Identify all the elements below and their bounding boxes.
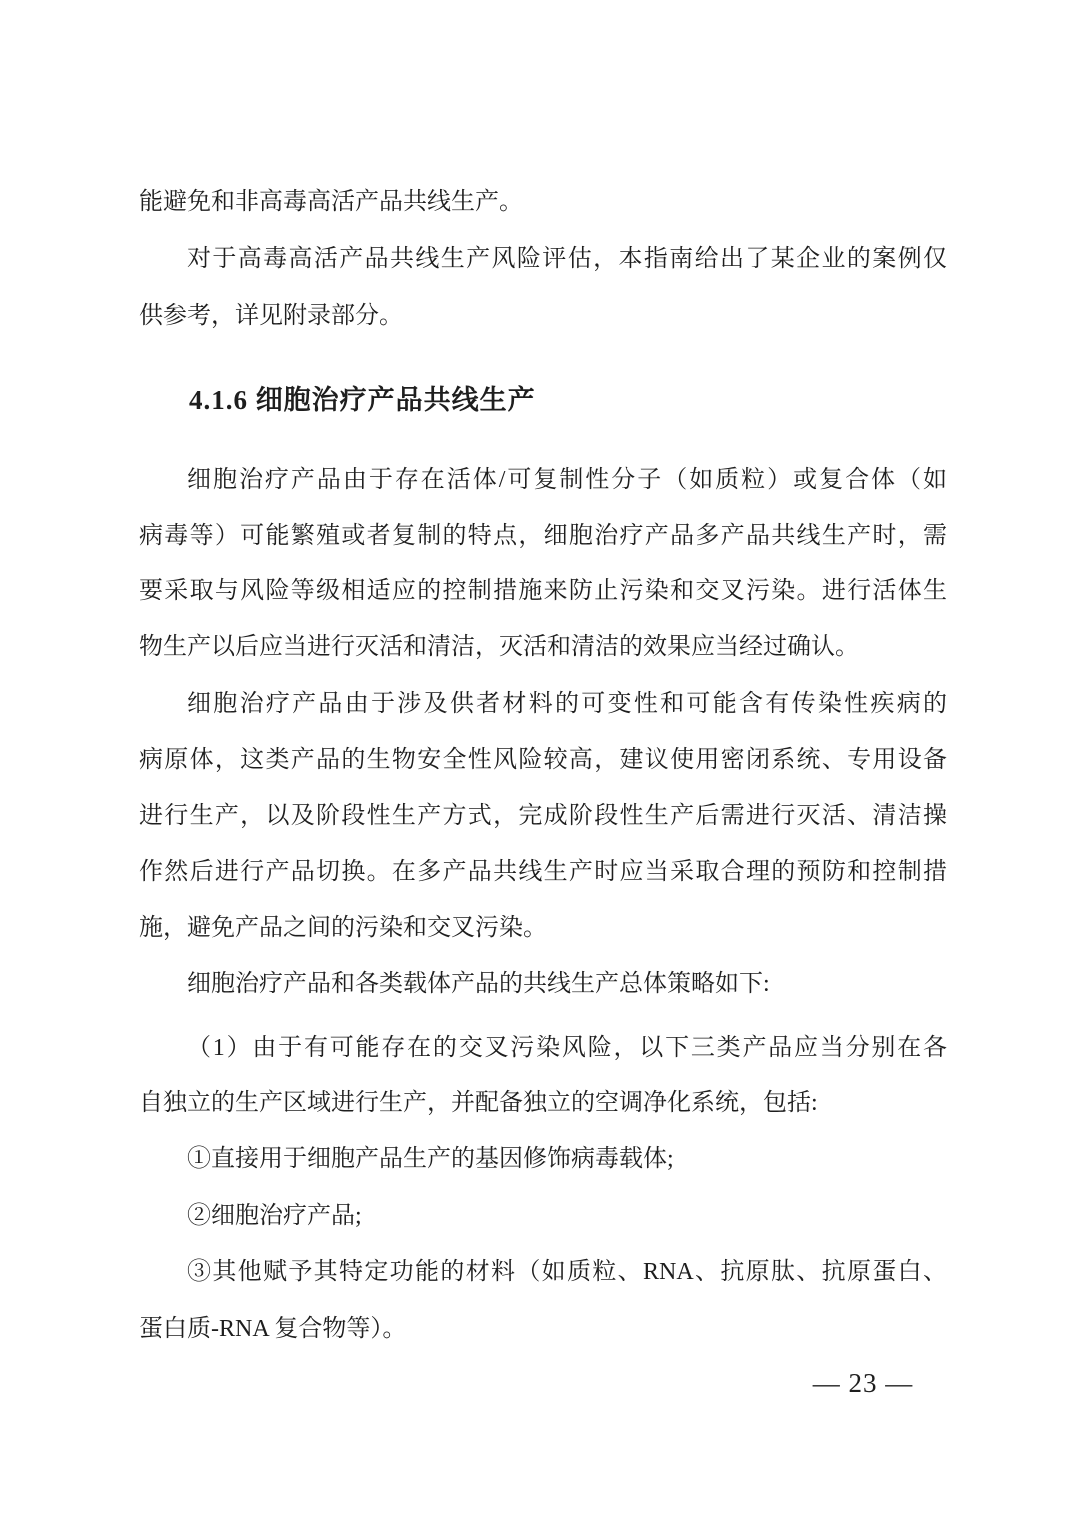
body-line: 能避免和非高毒高活产品共线生产。 [139, 174, 947, 231]
body-line: 自独立的生产区域进行生产，并配备独立的空调净化系统，包括: [139, 1076, 947, 1131]
page-number: — 23 — [753, 1368, 973, 1399]
paragraph-carryover-and-intro: 能避免和非高毒高活产品共线生产。 对于高毒高活产品共线生产风险评估，本指南给出了… [139, 174, 947, 345]
paragraph-strategy-item-1: （1）由于有可能存在的交叉污染风险，以下三类产品应当分别在各 自独立的生产区域进… [139, 1021, 947, 1131]
list-item-3-continuation: 蛋白质-RNA 复合物等）。 [139, 1301, 947, 1358]
body-line: 供参考，详见附录部分。 [139, 288, 947, 345]
section-heading: 4.1.6 细胞治疗产品共线生产 [139, 372, 947, 428]
body-line: 细胞治疗产品由于涉及供者材料的可变性和可能含有传染性疾病的 [139, 676, 947, 732]
body-line: 施，避免产品之间的污染和交叉污染。 [139, 900, 947, 956]
numbered-item-list: ①直接用于细胞产品生产的基因修饰病毒载体; ②细胞治疗产品; ③其他赋予其特定功… [139, 1131, 947, 1357]
body-line: 细胞治疗产品和各类载体产品的共线生产总体策略如下: [139, 956, 947, 1012]
body-line: 对于高毒高活产品共线生产风险评估，本指南给出了某企业的案例仅 [139, 231, 947, 288]
body-line: 进行生产，以及阶段性生产方式，完成阶段性生产后需进行灭活、清洁操 [139, 788, 947, 844]
paragraph-cell-therapy-replication: 细胞治疗产品由于存在活体/可复制性分子（如质粒）或复合体（如 病毒等）可能繁殖或… [139, 453, 947, 675]
body-line: 作然后进行产品切换。在多产品共线生产时应当采取合理的预防和控制措 [139, 844, 947, 900]
list-item-1: ①直接用于细胞产品生产的基因修饰病毒载体; [139, 1131, 947, 1188]
paragraph-biosafety-risk: 细胞治疗产品由于涉及供者材料的可变性和可能含有传染性疾病的 病原体，这类产品的生… [139, 676, 947, 956]
list-item-3: ③其他赋予其特定功能的材料（如质粒、RNA、抗原肽、抗原蛋白、 [139, 1244, 947, 1301]
document-page: 能避免和非高毒高活产品共线生产。 对于高毒高活产品共线生产风险评估，本指南给出了… [0, 0, 1080, 1526]
body-line: 物生产以后应当进行灭活和清洁，灭活和清洁的效果应当经过确认。 [139, 620, 947, 676]
body-line: （1）由于有可能存在的交叉污染风险，以下三类产品应当分别在各 [139, 1021, 947, 1076]
body-line: 细胞治疗产品由于存在活体/可复制性分子（如质粒）或复合体（如 [139, 453, 947, 509]
body-line: 病原体，这类产品的生物安全性风险较高，建议使用密闭系统、专用设备 [139, 732, 947, 788]
document-content: 能避免和非高毒高活产品共线生产。 对于高毒高活产品共线生产风险评估，本指南给出了… [139, 174, 947, 1357]
body-line: 要采取与风险等级相适应的控制措施来防止污染和交叉污染。进行活体生 [139, 564, 947, 620]
body-line: 病毒等）可能繁殖或者复制的特点，细胞治疗产品多产品共线生产时，需 [139, 509, 947, 565]
list-item-2: ②细胞治疗产品; [139, 1188, 947, 1245]
paragraph-overall-strategy: 细胞治疗产品和各类载体产品的共线生产总体策略如下: [139, 956, 947, 1012]
